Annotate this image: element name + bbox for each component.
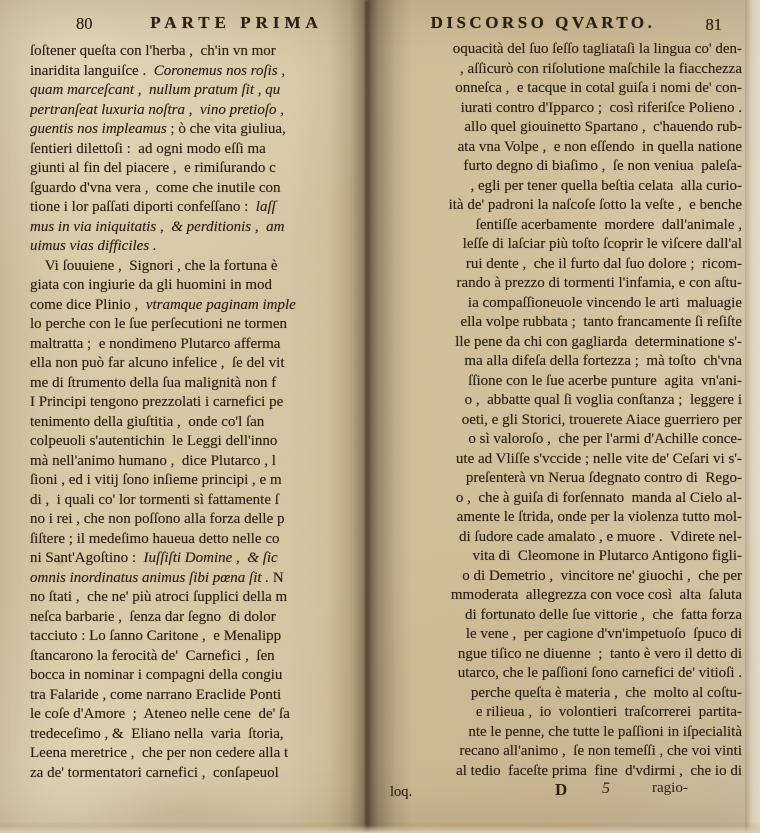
running-title-right: DISCORSO QVARTO. (372, 13, 714, 33)
text-line: lle pene da chi con gagliarda determinat… (372, 333, 742, 353)
text-segment: bocca in nominar i compagni della congiu (30, 667, 282, 683)
text-line: o , che à guiſa di forſennato manda al C… (372, 489, 742, 509)
text-segment: pertranſeat luxuria noſtra , vino pretio… (30, 102, 284, 118)
text-line: guentis nos impleamus ; ò che vita giuli… (30, 120, 368, 140)
text-segment: ute ad Vliſſe s'vccide ; nelle vite de' … (456, 450, 742, 470)
text-segment: amente le ſtrida, onde per la violenza t… (457, 508, 742, 528)
text-segment: furto degno di biaſimo , ſe non veniua p… (463, 157, 742, 177)
text-segment: Coronemus nos roſis , (154, 63, 285, 79)
text-segment: ſguardo d'vna vera , come che inutile co… (30, 180, 281, 196)
text-line: ute ad Vliſſe s'vccide ; nelle vite de' … (372, 450, 742, 470)
text-line: onneſca , e tacque in cotal guiſa i nomi… (372, 79, 742, 99)
text-segment: ia compaſſioneuole vincendo le arti malu… (468, 294, 742, 314)
text-line: recano all'animo , ſe non temeſſi , che … (372, 742, 742, 762)
folio-number-right: 81 (706, 15, 723, 35)
text-line: ità de' padroni la naſcoſe ſotto la veſt… (372, 196, 742, 216)
text-line: di , i quali co' lor tormenti sì fattame… (30, 491, 368, 511)
text-line: mus in via iniquitatis , & perditionis ,… (30, 218, 368, 238)
text-segment: rui dente , che il furto dal ſuo dolore … (466, 255, 742, 275)
text-segment: colpeuoli s'autentichin le Leggi dell'in… (30, 433, 277, 449)
right-page: DISCORSO QVARTO. 81 oquacità del ſuo ſeſ… (372, 12, 742, 827)
text-line: o di Demetrio , vincitore ne' giuochi , … (372, 567, 742, 587)
left-text-block: ſoſtener queſta con l'herba , ch'in vn m… (30, 42, 368, 783)
text-line: pertranſeat luxuria noſtra , vino pretio… (30, 101, 368, 121)
text-line: bocca in nominar i compagni della congiu (30, 666, 368, 686)
text-line: ſſione con le ſue acerbe punture agita v… (372, 372, 742, 392)
text-segment: tione i lor paſſati diporti confeſſano : (30, 199, 256, 215)
text-segment: ſentiſſe acerbamente mordere dall'animal… (476, 216, 742, 236)
text-line: vita di Cleomone in Plutarco Antigono fi… (372, 547, 742, 567)
text-segment: al tedio faceſte prima fine d'vdirmi , c… (456, 762, 742, 782)
text-line: ngue tiſico ne diuenne ; tanto è vero il… (372, 645, 742, 665)
text-line: inaridita languiſce . Coronemus nos roſi… (30, 62, 368, 82)
text-line: tenimento della giuſtitia , onde co'l ſa… (30, 413, 368, 433)
text-segment: maltratta ; e nondimeno Plutarco afferma (30, 336, 280, 352)
text-line: ſentieri dilettoſi : ad ogni modo eſſi m… (30, 140, 368, 160)
text-segment: ſiſtere ; il medeſimo haueua detto nelle… (30, 531, 280, 547)
text-line: ella volpe rubbata ; tanto francamente ſ… (372, 313, 742, 333)
text-segment: tredeceſimo , & Eliano nella varia ſtori… (30, 726, 284, 742)
text-line: ella non può far alcuno infelice , ſe de… (30, 354, 368, 374)
text-segment: ella non può far alcuno infelice , ſe de… (30, 355, 285, 371)
text-segment: ma alla difeſa della fortezza ; mà toſto… (464, 352, 742, 372)
text-segment: tra Falaride , come narrano Eraclide Pon… (30, 687, 281, 703)
text-segment: oquacità del ſuo ſeſſo tagliataſi la lin… (453, 40, 742, 60)
text-segment: quam marceſcant , nullum pratum ſit , qu (30, 82, 280, 98)
page-edge-right (745, 0, 760, 833)
text-line: ſiſtere ; il medeſimo haueua detto nelle… (30, 530, 368, 550)
text-segment: za de' tormentatori carnefici , conſapeu… (30, 765, 279, 781)
text-segment: le vene , per cagione d'vn'impetuoſo ſpu… (466, 625, 742, 645)
text-segment: ſentieri dilettoſi : ad ogni modo eſſi m… (30, 141, 266, 157)
text-line: ſentiſſe acerbamente mordere dall'animal… (372, 216, 742, 236)
text-segment: Vi ſouuiene , Signori , che la fortuna è (30, 258, 278, 274)
text-line: oquacità del ſuo ſeſſo tagliataſi la lin… (372, 40, 742, 60)
text-segment: giunti al fin del piacere , e rimiſurand… (30, 160, 276, 176)
signature-mark: D (555, 780, 567, 800)
text-segment: lo perche con le ſue perſecutioni ne tor… (30, 316, 287, 332)
text-segment: uimus vias difficiles . (30, 238, 157, 254)
text-line: I Principi tengono prezzolati i carnefic… (30, 393, 368, 413)
text-segment: ella volpe rubbata ; tanto francamente ſ… (460, 313, 742, 333)
text-segment: o sì valoroſo , che per l'armi d'Achille… (468, 430, 742, 450)
text-line: e rilieua , io volontieri traſcorrerei p… (372, 703, 742, 723)
text-line: iurati contro d'Ipparco ; così riferiſce… (372, 99, 742, 119)
book-scan: 80 PARTE PRIMA ſoſtener queſta con l'her… (0, 0, 760, 833)
text-segment: di fortunato delle ſue vittorie , che fa… (465, 606, 742, 626)
text-segment: ità de' padroni la naſcoſe ſotto la veſt… (449, 196, 742, 216)
text-line: di ſudore cade amalato , e muore . Vdire… (372, 528, 742, 548)
text-line: mmoderata allegrezza con voce così alta … (372, 586, 742, 606)
text-line: di fortunato delle ſue vittorie , che fa… (372, 606, 742, 626)
text-segment: no i rei , che non poſſono alla forza de… (30, 511, 285, 527)
text-segment: ſtancarono la ferocità de' Carnefici , ſ… (30, 648, 275, 664)
text-line: , egli per tener quella beſtia celata al… (372, 177, 742, 197)
text-line: maltratta ; e nondimeno Plutarco afferma (30, 335, 368, 355)
text-segment: ; ò che vita giuliua, (167, 121, 286, 137)
text-segment: ſoſtener queſta con l'herba , ch'in vn m… (30, 43, 276, 59)
text-line: tra Falaride , come narrano Eraclide Pon… (30, 686, 368, 706)
text-segment: ata vna Volpe , e non eſſendo in quella … (458, 138, 742, 158)
text-line: furto degno di biaſimo , ſe non veniua p… (372, 157, 742, 177)
text-segment: o di Demetrio , vincitore ne' giuochi , … (462, 567, 742, 587)
text-line: perche queſta è materia , che molto al c… (372, 684, 742, 704)
text-segment: , aſſicurò con riſolutione maſchile la f… (460, 60, 742, 80)
text-segment: neſca barbarie , ſenza dar ſegno di dolo… (30, 609, 276, 625)
text-segment: come dice Plinio , (30, 297, 146, 313)
text-line: allo quel giouinetto Spartano , c'hauend… (372, 118, 742, 138)
text-segment: ſioni , ed i vitij ſono inſieme principi… (30, 472, 282, 488)
text-segment: oeti, e gli Storici, trouerete Aiace gue… (462, 411, 742, 431)
text-line: ma alla difeſa della fortezza ; mà toſto… (372, 352, 742, 372)
text-line: ſoſtener queſta con l'herba , ch'in vn m… (30, 42, 368, 62)
signature-number: 5 (602, 780, 610, 798)
text-segment: allo quel giouinetto Spartano , c'hauend… (464, 118, 742, 138)
text-line: mà nell'animo humano , dice Plutarco , l (30, 452, 368, 472)
left-page-header: 80 PARTE PRIMA (30, 12, 368, 38)
text-segment: inaridita languiſce . (30, 63, 154, 79)
text-segment: , egli per tener quella beſtia celata al… (470, 177, 742, 197)
text-line: lo perche con le ſue perſecutioni ne tor… (30, 315, 368, 335)
text-segment: me di ſtrumento della ſua malignità non … (30, 375, 276, 391)
left-page: 80 PARTE PRIMA ſoſtener queſta con l'her… (30, 12, 368, 827)
text-line: le coſe d'Amore ; Ateneo nelle cene de' … (30, 705, 368, 725)
text-line: no i rei , che non poſſono alla forza de… (30, 510, 368, 530)
text-segment: o , che à guiſa di forſennato manda al C… (456, 489, 742, 509)
text-segment: recano all'animo , ſe non temeſſi , che … (459, 742, 742, 762)
text-segment: mus in via iniquitatis , & perditionis ,… (30, 219, 284, 235)
text-line: ni Sant'Agoſtino : Iuſſiſti Domine , & ſ… (30, 549, 368, 569)
text-line: uimus vias difficiles . (30, 237, 368, 257)
text-line: o sì valoroſo , che per l'armi d'Achille… (372, 430, 742, 450)
text-segment: ngue tiſico ne diuenne ; tanto è vero il… (458, 645, 742, 665)
text-line: giata con ingiurie da gli huomini in mod (30, 276, 368, 296)
text-segment: I Principi tengono prezzolati i carnefic… (30, 394, 283, 410)
text-line: quam marceſcant , nullum pratum ſit , qu (30, 81, 368, 101)
text-line: no ſtati , che ne' più atroci ſupplici d… (30, 588, 368, 608)
text-segment: N (269, 570, 284, 586)
text-segment: ſſione con le ſue acerbe punture agita v… (468, 372, 742, 392)
text-segment: Leena meretrice , che per non cedere all… (30, 745, 288, 761)
text-line: oeti, e gli Storici, trouerete Aiace gue… (372, 411, 742, 431)
text-line: ſioni , ed i vitij ſono inſieme principi… (30, 471, 368, 491)
text-segment: preſenterà vn Nerua ſdegnato contro di R… (466, 469, 742, 489)
text-segment: Iuſſiſti Domine , & ſic (144, 550, 278, 566)
text-segment: e rilieua , io volontieri traſcorrerei p… (476, 703, 742, 723)
text-line: colpeuoli s'autentichin le Leggi dell'in… (30, 432, 368, 452)
text-segment: no ſtati , che ne' più atroci ſupplici d… (30, 589, 287, 605)
text-segment: vita di Cleomone in Plutarco Antigono fi… (472, 547, 742, 567)
catchword-right: ragio- (652, 780, 688, 797)
text-segment: leſſe di laſciar più toſto ſcoprir le vi… (463, 235, 742, 255)
text-line: neſca barbarie , ſenza dar ſegno di dolo… (30, 608, 368, 628)
text-line: rando à prezzo di tormenti l'infamia, e … (372, 274, 742, 294)
text-line: Leena meretrice , che per non cedere all… (30, 744, 368, 764)
text-segment: lle pene da chi con gagliarda determinat… (455, 333, 742, 353)
text-line: tredeceſimo , & Eliano nella varia ſtori… (30, 725, 368, 745)
right-page-header: DISCORSO QVARTO. 81 (372, 12, 742, 38)
text-segment: tenimento della giuſtitia , onde co'l ſa… (30, 414, 264, 430)
text-line: omnis inordinatus animus ſibi pœna ſit .… (30, 569, 368, 589)
text-line: preſenterà vn Nerua ſdegnato contro di R… (372, 469, 742, 489)
text-segment: ni Sant'Agoſtino : (30, 550, 144, 566)
text-segment: di , i quali co' lor tormenti sì fattame… (30, 492, 279, 508)
text-segment: perche queſta è materia , che molto al c… (471, 684, 742, 704)
text-segment: utarco, che le paſſioni ſono carnefici d… (458, 664, 742, 684)
text-segment: laſſ (256, 199, 276, 215)
running-title-left: PARTE PRIMA (85, 13, 388, 33)
text-segment: di ſudore cade amalato , e muore . Vdire… (459, 528, 742, 548)
text-segment: guentis nos impleamus (30, 121, 167, 137)
text-segment: nte le penne, che tutte le paſſioni in i… (468, 723, 742, 743)
text-line: tione i lor paſſati diporti confeſſano :… (30, 198, 368, 218)
text-segment: iurati contro d'Ipparco ; così riferiſce… (461, 99, 742, 119)
text-line: ſguardo d'vna vera , come che inutile co… (30, 179, 368, 199)
text-line: ſtancarono la ferocità de' Carnefici , ſ… (30, 647, 368, 667)
text-segment: giata con ingiurie da gli huomini in mod (30, 277, 272, 293)
text-line: o , abbatte qual ſi voglia conſtanza ; l… (372, 391, 742, 411)
text-line: ata vna Volpe , e non eſſendo in quella … (372, 138, 742, 158)
text-line: tacciuto : Lo ſanno Caritone , e Menalip… (30, 627, 368, 647)
text-line: utarco, che le paſſioni ſono carnefici d… (372, 664, 742, 684)
text-line: come dice Plinio , vtramque paginam impl… (30, 296, 368, 316)
text-segment: vtramque paginam imple (146, 297, 296, 313)
text-line: leſſe di laſciar più toſto ſcoprir le vi… (372, 235, 742, 255)
text-line: giunti al fin del piacere , e rimiſurand… (30, 159, 368, 179)
text-segment: omnis inordinatus animus ſibi pœna ſit . (30, 570, 269, 586)
text-segment: onneſca , e tacque in cotal guiſa i nomi… (455, 79, 742, 99)
text-line: rui dente , che il furto dal ſuo dolore … (372, 255, 742, 275)
text-segment: mmoderata allegrezza con voce così alta … (451, 586, 742, 606)
text-segment: le coſe d'Amore ; Ateneo nelle cene de' … (30, 706, 290, 722)
text-line: al tedio faceſte prima fine d'vdirmi , c… (372, 762, 742, 782)
text-line: le vene , per cagione d'vn'impetuoſo ſpu… (372, 625, 742, 645)
text-line: amente le ſtrida, onde per la violenza t… (372, 508, 742, 528)
text-line: , aſſicurò con riſolutione maſchile la f… (372, 60, 742, 80)
text-segment: mà nell'animo humano , dice Plutarco , l (30, 453, 276, 469)
text-line: Vi ſouuiene , Signori , che la fortuna è (30, 257, 368, 277)
text-line: nte le penne, che tutte le paſſioni in i… (372, 723, 742, 743)
text-line: ia compaſſioneuole vincendo le arti malu… (372, 294, 742, 314)
text-segment: tacciuto : Lo ſanno Caritone , e Menalip… (30, 628, 281, 644)
text-line: za de' tormentatori carnefici , conſapeu… (30, 764, 368, 784)
text-segment: o , abbatte qual ſi voglia conſtanza ; l… (465, 391, 742, 411)
text-segment: rando à prezzo di tormenti l'infamia, e … (456, 274, 742, 294)
right-text-block: oquacità del ſuo ſeſſo tagliataſi la lin… (372, 40, 742, 781)
signature-row: D 5 ragio- (372, 780, 742, 802)
text-line: me di ſtrumento della ſua malignità non … (30, 374, 368, 394)
